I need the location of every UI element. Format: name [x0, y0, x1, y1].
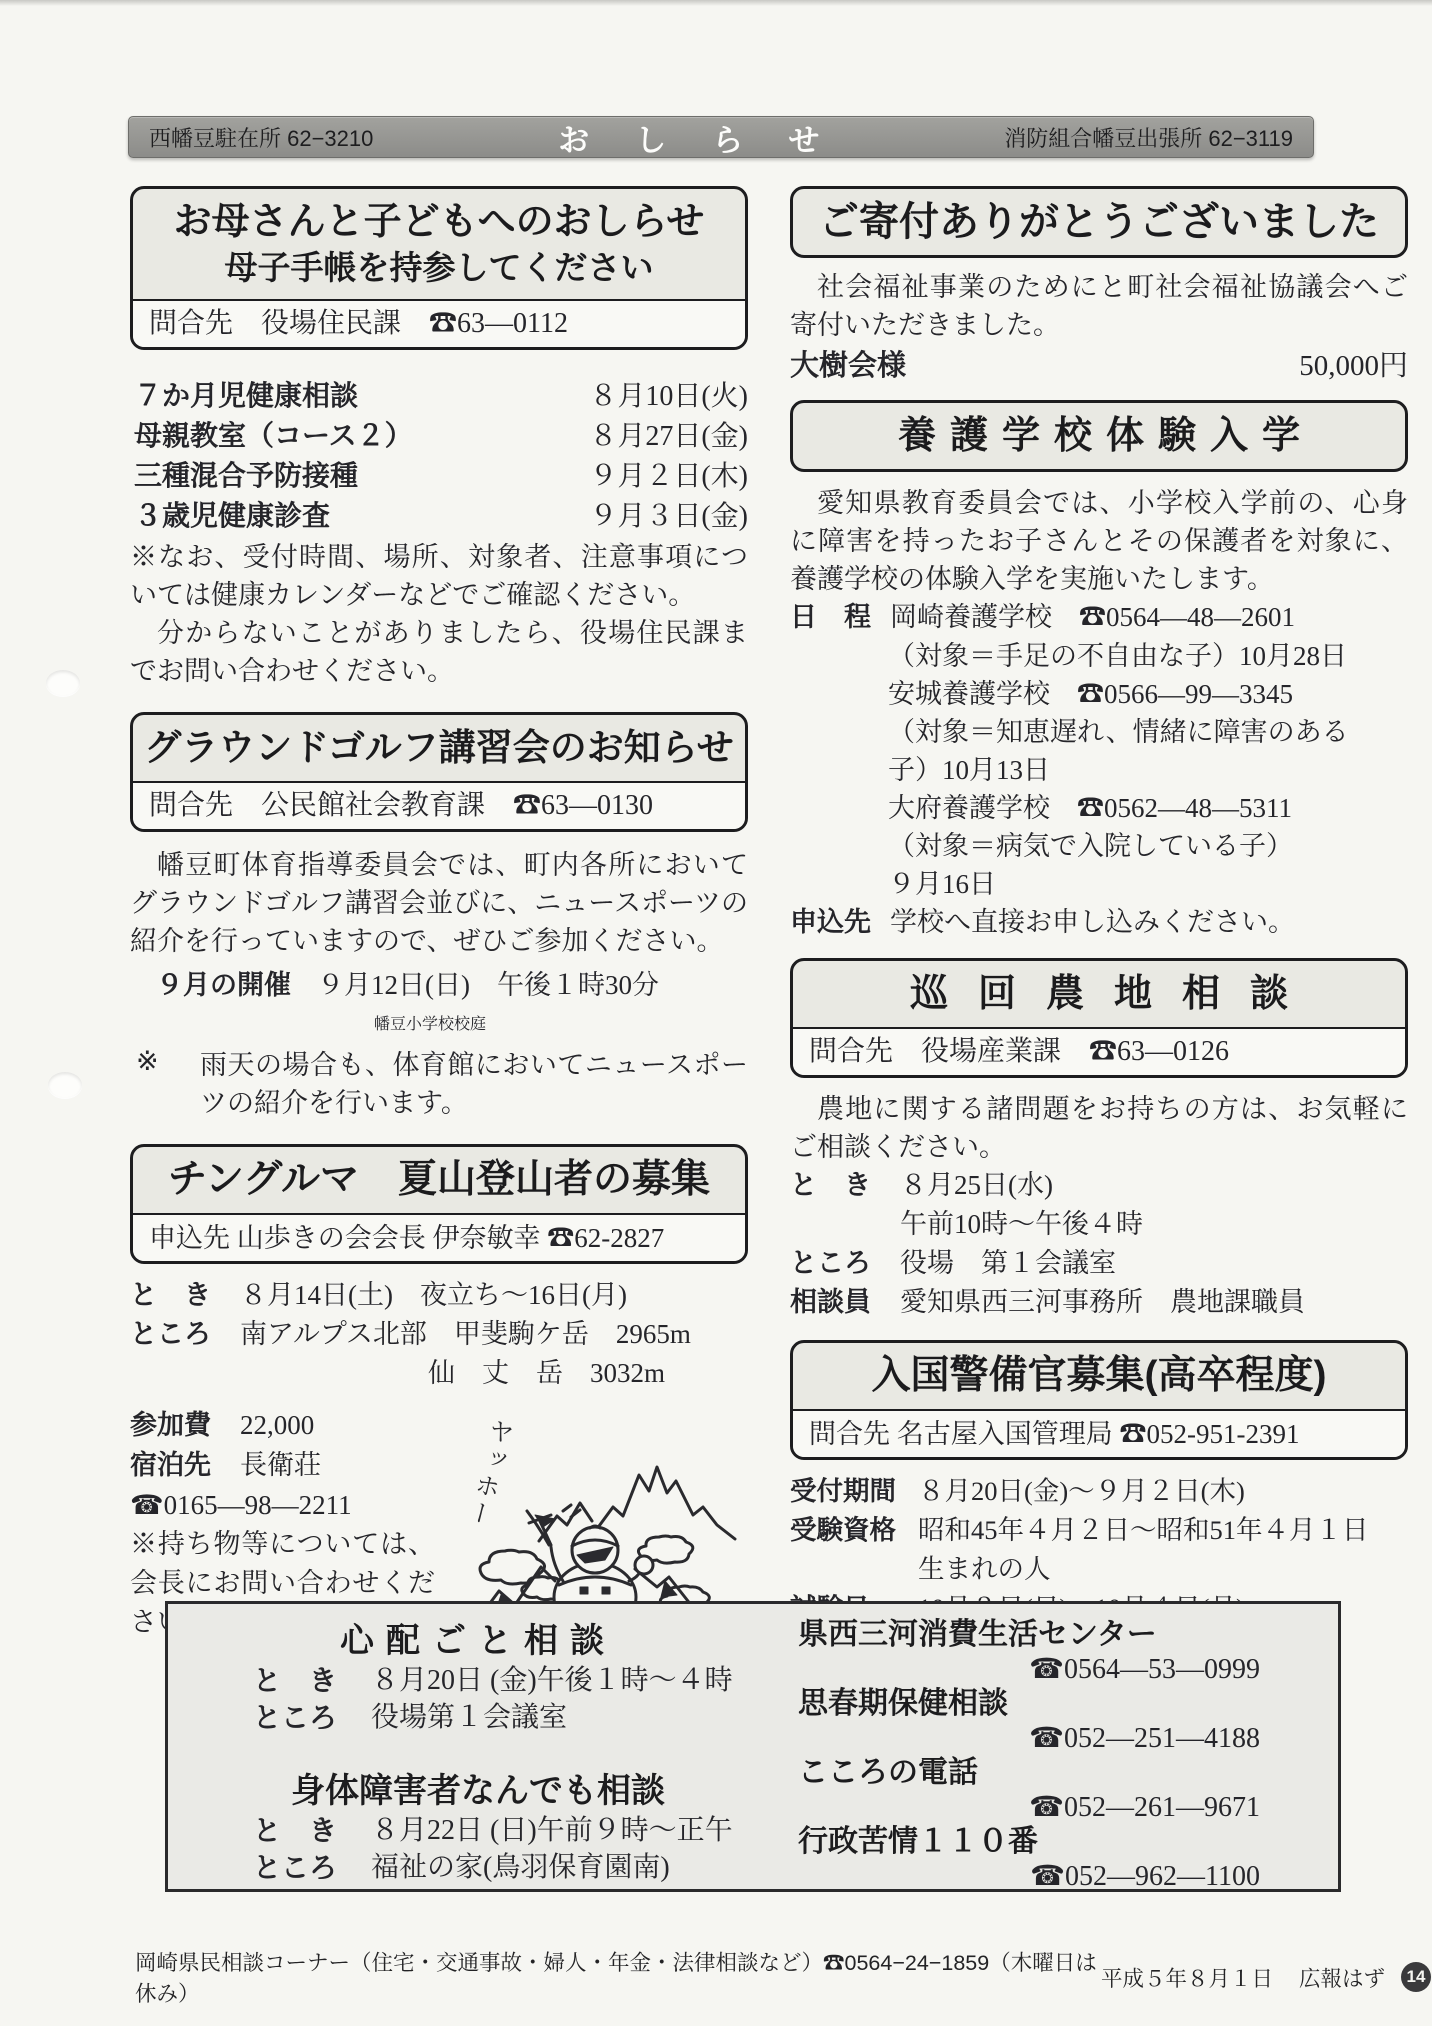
school-line-1: （対象＝手足の不自由な子）10月28日 — [790, 637, 1408, 675]
schedule-row: 母親教室（コース２） ８月27日(金) — [130, 416, 748, 456]
school-line-7: ９月16日 — [790, 865, 1408, 903]
school-line-5: 大府養護学校 ☎0562―48―5311 — [790, 789, 1408, 827]
climb-when: ８月14日(土) 夜立ち～16日(月) — [240, 1276, 748, 1315]
schedule-label: 母親教室（コース２） — [134, 416, 413, 455]
consultation-left: 心配ごと相談 と き ８月20日 (金)午後１時～４時 ところ 役場第１会議室 … — [168, 1604, 788, 1889]
climb-fee: 22,000 — [240, 1405, 435, 1445]
farm-body: 農地に関する諸問題をお持ちの方は、お気軽にご相談ください。 — [790, 1090, 1408, 1166]
disability-when: ８月22日 (日)午前９時～正午 — [371, 1812, 733, 1849]
climb-title: チングルマ 夏山登山者の募集 — [133, 1147, 745, 1213]
school-body: 愛知県教育委員会では、小学校入学前の、心身に障害を持ったお子さんとその保護者を対… — [790, 484, 1408, 598]
fee-label: 参加費 — [130, 1405, 240, 1445]
school-line-0: 岡崎養護学校 ☎0564―48―2601 — [890, 598, 1408, 637]
section-farm-box: 巡回農地相談 問合先 役場産業課 ☎63―0126 — [790, 958, 1408, 1078]
maternal-note-1: ※なお、受付時間、場所、対象者、注意事項については健康カレンダーなどでご確認くだ… — [130, 538, 748, 614]
lodge-label: 宿泊先 — [130, 1445, 240, 1485]
maternal-subtitle: 母子手帳を持参してください — [139, 246, 739, 290]
maternal-title: お母さんと子どもへのおしらせ — [139, 198, 739, 246]
punch-hole-bottom — [48, 1072, 82, 1098]
guard-contact: 問合先 名古屋入国管理局 ☎052-951-2391 — [793, 1409, 1405, 1457]
donor-name: 大樹会様 — [790, 346, 906, 386]
hotline-phone: ☎052―251―4188 — [798, 1721, 1314, 1756]
farm-when-row: と き ８月25日(水) — [790, 1166, 1408, 1205]
hotline-name: こころの電話 — [798, 1756, 1314, 1790]
golf-title: グラウンドゴルフ講習会のお知らせ — [133, 715, 745, 781]
schedule-row: ３歳児健康診査 ９月３日(金) — [130, 496, 748, 536]
school-line-2: 安城養護学校 ☎0566―99―3345 — [790, 675, 1408, 713]
footer-publication: 広報はず — [1299, 1962, 1385, 1993]
golf-body: 幡豆町体育指導委員会では、町内各所においてグラウンドゴルフ講習会並びに、ニュース… — [130, 846, 748, 960]
school-apply: 学校へ直接お申し込みください。 — [890, 903, 1408, 942]
note-mark: ※ — [136, 1046, 159, 1077]
worry-where: 役場第１会議室 — [371, 1699, 567, 1736]
schedule-row: ７か月児健康相談 ８月10日(火) — [130, 376, 748, 416]
maternal-title-block: お母さんと子どもへのおしらせ 母子手帳を持参してください — [133, 189, 745, 299]
climb-phone: ☎0165―98―2211 — [130, 1485, 435, 1525]
schedule-row: 三種混合予防接種 ９月２日(木) — [130, 456, 748, 496]
farm-when-2: 午前10時～午後４時 — [900, 1205, 1408, 1244]
section-school-box: 養護学校体験入学 — [790, 400, 1408, 472]
school-line-6: （対象＝病気で入院している子） — [790, 827, 1408, 865]
schedule-date: ８月10日(火) — [589, 377, 748, 416]
worry-when-row: と き ８月20日 (金)午後１時～４時 — [208, 1662, 788, 1699]
farm-advisor-row: 相談員 愛知県西三河事務所 農地課職員 — [790, 1283, 1408, 1322]
schedule-label: 三種混合予防接種 — [134, 456, 358, 495]
maternal-contact: 問合先 役場住民課 ☎63―0112 — [133, 299, 745, 347]
worry-when: ８月20日 (金)午後１時～４時 — [371, 1662, 733, 1699]
health-schedule-list: ７か月児健康相談 ８月10日(火) 母親教室（コース２） ８月27日(金) 三種… — [130, 376, 748, 536]
golf-event-label: ９月の開催 — [156, 966, 291, 1005]
climb-where-row-2: 仙 丈 岳 3032m — [130, 1354, 748, 1393]
when-label: と き — [130, 1276, 240, 1315]
golf-event-row: ９月の開催 ９月12日(日) 午後１時30分 — [130, 966, 748, 1005]
climb-fee-row: 参加費 22,000 — [130, 1405, 435, 1445]
golf-note-row: ※ 雨天の場合も、体育館においてニュースポーツの紹介を行います。 — [130, 1046, 748, 1122]
farm-where: 役場 第１会議室 — [900, 1244, 1408, 1283]
where-label: ところ — [253, 1849, 371, 1886]
section-climb-box: チングルマ 夏山登山者の募集 申込先 山歩きの会会長 伊奈敏幸 ☎62-2827 — [130, 1144, 748, 1264]
worry-title: 心配ごと相談 — [208, 1620, 748, 1662]
maternal-note-2: 分からないことがありましたら、役場住民課までお問い合わせください。 — [130, 614, 748, 690]
donation-amount: 50,000円 — [1299, 346, 1408, 386]
where-label: ところ — [130, 1315, 240, 1354]
donation-row: 大樹会様 50,000円 — [790, 346, 1408, 386]
schedule-date: ９月２日(木) — [589, 457, 748, 496]
header-left-contact: 西幡豆駐在所 62−3210 — [149, 122, 373, 153]
hotline-name: 県西三河消費生活センター — [798, 1618, 1314, 1652]
hotline-phone: ☎052―261―9671 — [798, 1790, 1314, 1825]
guard-qualification-row: 受験資格 昭和45年４月２日～昭和51年４月１日 生まれの人 — [790, 1511, 1408, 1589]
period-label: 受付期間 — [790, 1472, 918, 1511]
schedule-label: ７か月児健康相談 — [134, 376, 358, 415]
guard-qualification: 昭和45年４月２日～昭和51年４月１日 — [918, 1511, 1408, 1550]
golf-contact: 問合先 公民館社会教育課 ☎63―0130 — [133, 781, 745, 829]
disability-where-row: ところ 福祉の家(鳥羽保育園南) — [208, 1849, 788, 1886]
hotline-phone: ☎0564―53―0999 — [798, 1652, 1314, 1687]
school-line-3: （対象＝知恵遅れ、情緒に障害のある — [790, 713, 1408, 751]
section-guard-box: 入国警備官募集(高卒程度) 問合先 名古屋入国管理局 ☎052-951-2391 — [790, 1340, 1408, 1460]
school-line-4: 子）10月13日 — [790, 751, 1408, 789]
apply-label: 申込先 — [790, 903, 890, 942]
farm-advisor: 愛知県西三河事務所 農地課職員 — [900, 1283, 1408, 1322]
climb-lodge: 長衛荘 — [240, 1445, 435, 1485]
farm-title: 巡回農地相談 — [793, 961, 1405, 1027]
donation-body: 社会福祉事業のためにと町社会福祉協議会へご寄付いただきました。 — [790, 268, 1408, 344]
farm-where-row: ところ 役場 第１会議室 — [790, 1244, 1408, 1283]
school-title: 養護学校体験入学 — [793, 403, 1405, 469]
section-donation-box: ご寄付ありがとうございました — [790, 186, 1408, 258]
guard-qualification-2: 生まれの人 — [918, 1550, 1408, 1589]
school-schedule-row: 日 程 岡崎養護学校 ☎0564―48―2601 — [790, 598, 1408, 637]
footer-date: 平成５年８月１日 — [1101, 1962, 1273, 1993]
left-column: お母さんと子どもへのおしらせ 母子手帳を持参してください 問合先 役場住民課 ☎… — [130, 186, 748, 1654]
disability-where: 福祉の家(鳥羽保育園南) — [371, 1849, 670, 1886]
when-label: と き — [253, 1662, 371, 1699]
guard-period: ８月20日(金)～９月２日(木) — [918, 1472, 1408, 1511]
donation-title: ご寄付ありがとうございました — [793, 189, 1405, 255]
header-right-contact: 消防組合幡豆出張所 62−3119 — [1004, 122, 1293, 153]
hotline-name: 行政苦情１１０番 — [798, 1825, 1314, 1859]
page-number-badge: 14 — [1401, 1962, 1431, 1992]
section-golf-box: グラウンドゴルフ講習会のお知らせ 問合先 公民館社会教育課 ☎63―0130 — [130, 712, 748, 832]
footer: 岡崎県民相談コーナー（住宅・交通事故・婦人・年金・法律相談など）☎0564−24… — [135, 1946, 1431, 2008]
header-bar: 西幡豆駐在所 62−3210 おしらせ 消防組合幡豆出張所 62−3119 — [128, 116, 1314, 158]
schedule-date: ８月27日(金) — [589, 417, 748, 456]
guard-title: 入国警備官募集(高卒程度) — [793, 1343, 1405, 1409]
climb-lodge-row: 宿泊先 長衛荘 — [130, 1445, 435, 1485]
farm-when: ８月25日(水) — [900, 1166, 1408, 1205]
golf-event-place: 幡豆小学校校庭 — [130, 1005, 748, 1044]
punch-hole-top — [46, 670, 80, 696]
school-apply-row: 申込先 学校へ直接お申し込みください。 — [790, 903, 1408, 942]
farm-contact: 問合先 役場産業課 ☎63―0126 — [793, 1027, 1405, 1075]
scan-edge — [0, 0, 1432, 6]
consultation-panel: 心配ごと相談 と き ８月20日 (金)午後１時～４時 ところ 役場第１会議室 … — [165, 1601, 1341, 1892]
hotline-name: 思春期保健相談 — [798, 1687, 1314, 1721]
page-title: おしらせ — [558, 115, 865, 160]
hotline-phone: ☎052―962―1100 — [798, 1859, 1314, 1894]
farm-when-row-2: 午前10時～午後４時 — [790, 1205, 1408, 1244]
climb-when-row: と き ８月14日(土) 夜立ち～16日(月) — [130, 1276, 748, 1315]
guard-period-row: 受付期間 ８月20日(金)～９月２日(木) — [790, 1472, 1408, 1511]
climb-where: 南アルプス北部 甲斐駒ケ岳 2965m — [240, 1315, 748, 1354]
section-maternal-box: お母さんと子どもへのおしらせ 母子手帳を持参してください 問合先 役場住民課 ☎… — [130, 186, 748, 350]
footer-info: 岡崎県民相談コーナー（住宅・交通事故・婦人・年金・法律相談など）☎0564−24… — [135, 1946, 1101, 2008]
qualification-label: 受験資格 — [790, 1511, 918, 1589]
advisor-label: 相談員 — [790, 1283, 900, 1322]
where-label: ところ — [790, 1244, 900, 1283]
golf-note: 雨天の場合も、体育館においてニュースポーツの紹介を行います。 — [200, 1046, 748, 1122]
climb-where-2: 仙 丈 岳 3032m — [240, 1354, 748, 1393]
climb-contact: 申込先 山歩きの会会長 伊奈敏幸 ☎62-2827 — [133, 1213, 745, 1261]
hotline-list: 県西三河消費生活センター ☎0564―53―0999 思春期保健相談 ☎052―… — [788, 1604, 1338, 1889]
school-schedule-label: 日 程 — [790, 598, 890, 637]
golf-event-datetime: ９月12日(日) 午後１時30分 — [317, 966, 659, 1005]
when-label: と き — [790, 1166, 900, 1205]
schedule-label: ３歳児健康診査 — [134, 496, 330, 535]
climb-where-row: ところ 南アルプス北部 甲斐駒ケ岳 2965m — [130, 1315, 748, 1354]
disability-title: 身体障害者なんでも相談 — [208, 1770, 748, 1812]
where-label: ところ — [253, 1699, 371, 1736]
when-label: と き — [253, 1812, 371, 1849]
disability-when-row: と き ８月22日 (日)午前９時～正午 — [208, 1812, 788, 1849]
schedule-date: ９月３日(金) — [589, 497, 748, 536]
right-column: ご寄付ありがとうございました 社会福祉事業のためにと町社会福祉協議会へご寄付いた… — [790, 186, 1408, 1628]
worry-where-row: ところ 役場第１会議室 — [208, 1699, 788, 1736]
newsletter-page: 西幡豆駐在所 62−3210 おしらせ 消防組合幡豆出張所 62−3119 お母… — [0, 0, 1432, 2026]
